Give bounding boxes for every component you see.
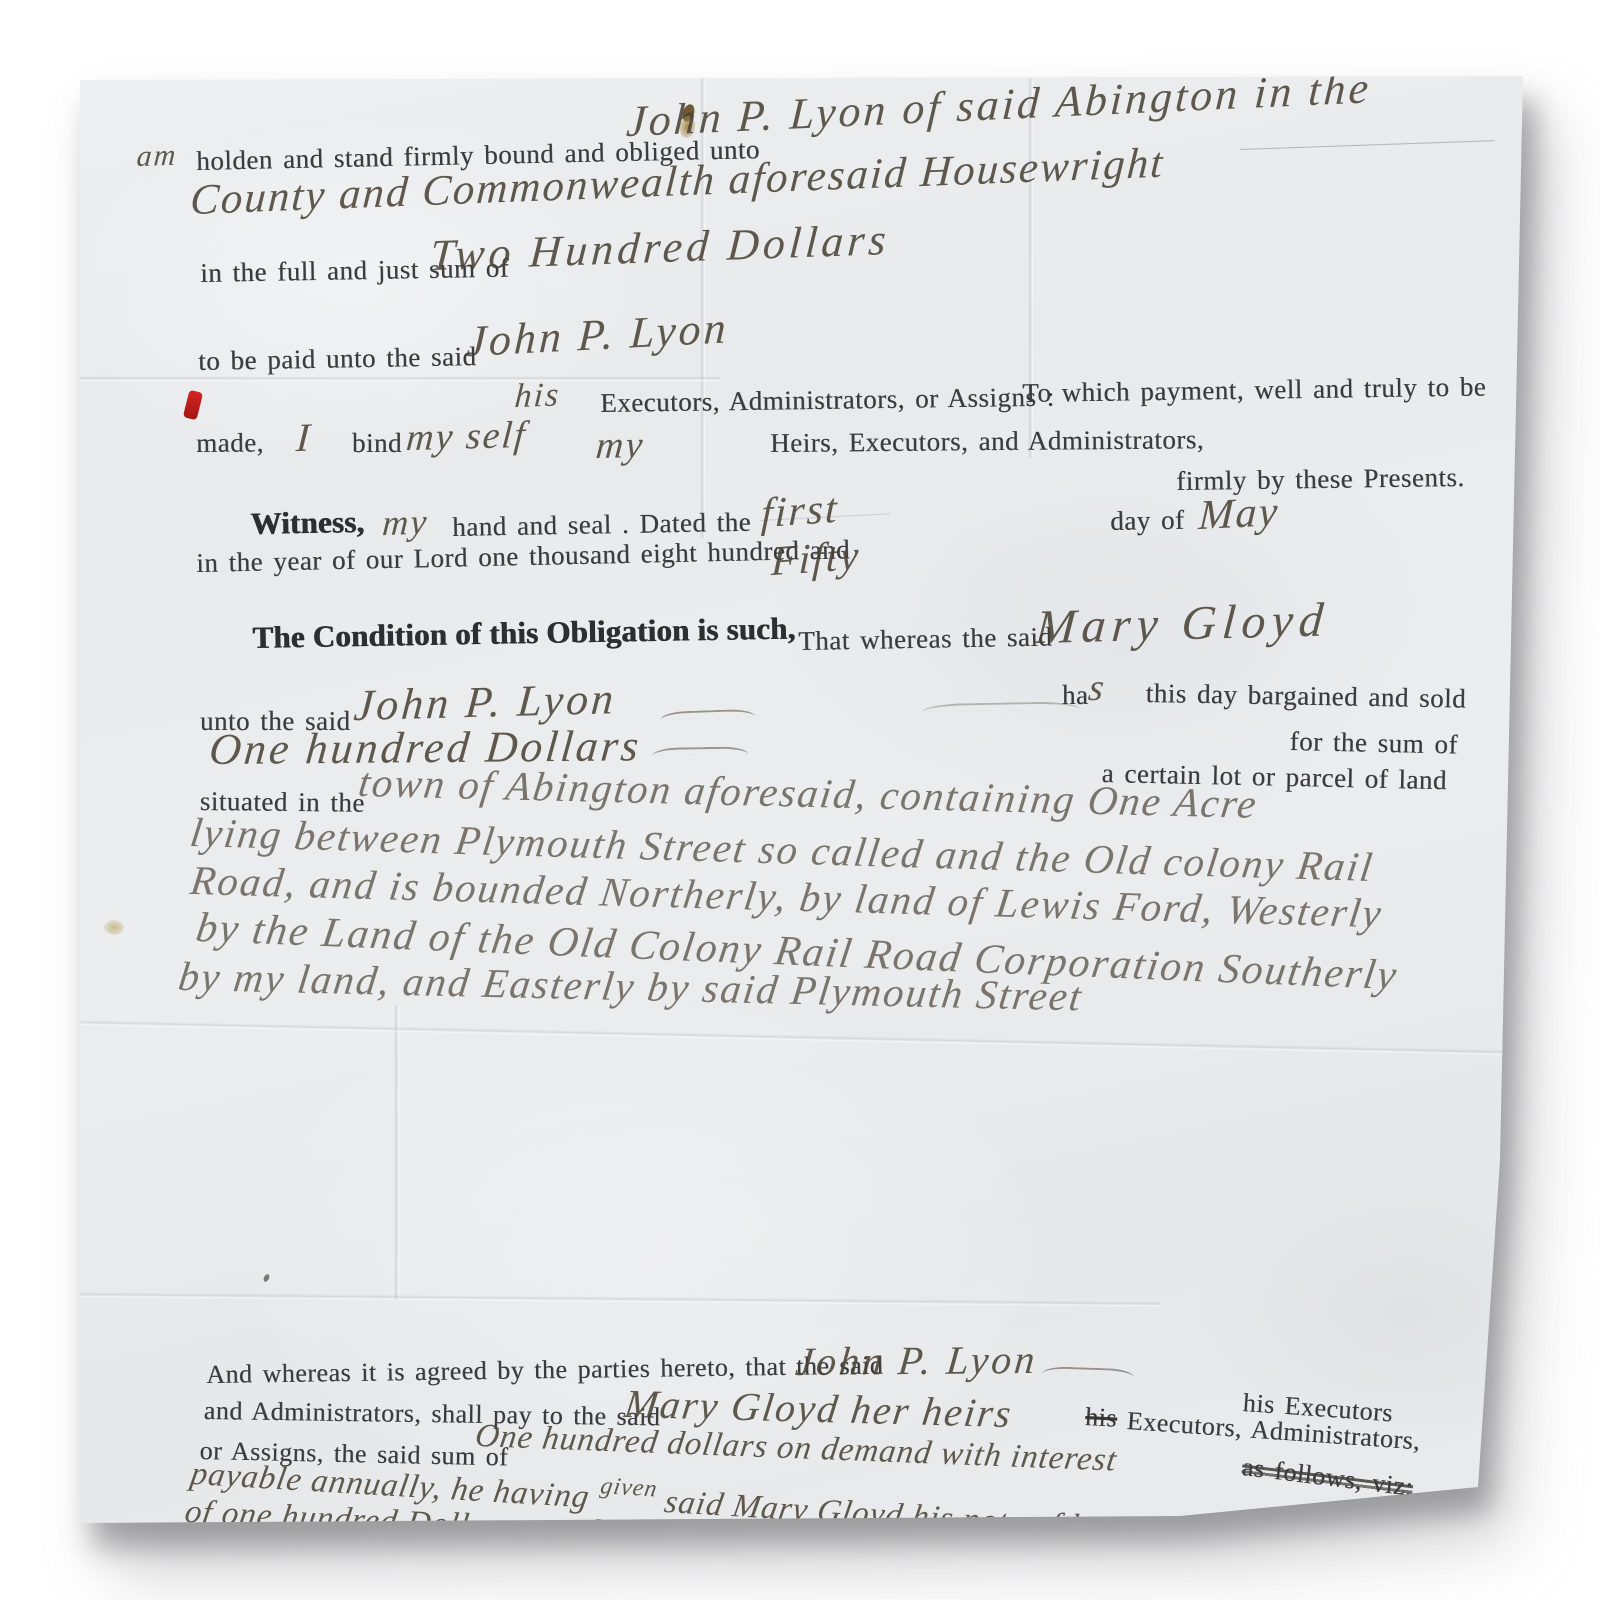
printed-made: made, [196, 427, 264, 459]
printed-heirs-clause: Heirs, Executors, and Administrators, [770, 424, 1204, 459]
printed-payment-clause: To which payment, well and truly to be [1022, 372, 1486, 409]
blackletter-condition-clause: The Condition of this Obligation is such… [252, 611, 796, 656]
handwritten-day: first [760, 485, 839, 539]
form-blank-line [1240, 140, 1495, 150]
printed-paid-label: to be paid unto the said [198, 341, 477, 377]
handwritten-grantor-name: Mary Gloyd [1034, 592, 1332, 655]
handwritten-obligee-name: John P. Lyon of said Abington in the [625, 62, 1373, 147]
paper-speck [262, 1273, 270, 1282]
handwritten-dash [652, 746, 748, 756]
printed-day-of: day of [1110, 505, 1185, 537]
handwritten-terms-2b: said Mary Gloyd his note of hand for sai… [662, 1484, 1306, 1558]
printed-executors-clause: Executors, Administrators, or Assigns : [600, 382, 1055, 419]
handwritten-payor-name: John P. Lyon [793, 1336, 1039, 1385]
photo-background: am holden and stand firmly bound and obl… [0, 0, 1600, 1600]
handwritten-dash [660, 709, 755, 720]
printed-whereas: That whereas the said [798, 622, 1053, 657]
handwritten-myself: my self [405, 413, 529, 460]
printed-struck-his: his [1084, 1402, 1117, 1434]
fold-crease [80, 1020, 1510, 1056]
red-wax-mark [183, 390, 203, 421]
handwritten-year: Fifty [770, 532, 861, 586]
handwritten-my-2: my [381, 500, 430, 544]
fold-crease [80, 376, 720, 382]
handwritten-payee-name: John P. Lyon [465, 302, 730, 367]
document-paper: am holden and stand firmly bound and obl… [0, 0, 1600, 1600]
paper-stain [104, 920, 124, 935]
paper-shadow: am holden and stand firmly bound and obl… [0, 0, 1600, 1600]
handwritten-inserted-given: given [599, 1473, 660, 1502]
printed-bind: bind [352, 428, 402, 459]
handwritten-my: my [594, 423, 646, 468]
handwritten-his: his [513, 376, 561, 416]
fold-crease [394, 1005, 400, 1300]
handwritten-bond-sum: Two Hundred Dollars [428, 214, 891, 281]
handwritten-am: am [136, 139, 179, 175]
handwritten-dash [922, 701, 1080, 712]
blackletter-witness: Witness, [250, 504, 364, 542]
fold-crease [80, 1292, 1160, 1307]
handwritten-s-flourish: s [1086, 666, 1109, 710]
printed-bargained-clause: this day bargained and sold [1145, 678, 1466, 715]
printed-for-sum: for the sum of [1289, 726, 1458, 761]
handwritten-dash [1042, 1366, 1134, 1377]
handwritten-month: May [1197, 488, 1280, 540]
printed-struck-as-follows: as follows, viz: [1240, 1452, 1415, 1503]
handwritten-i: I [295, 413, 314, 461]
